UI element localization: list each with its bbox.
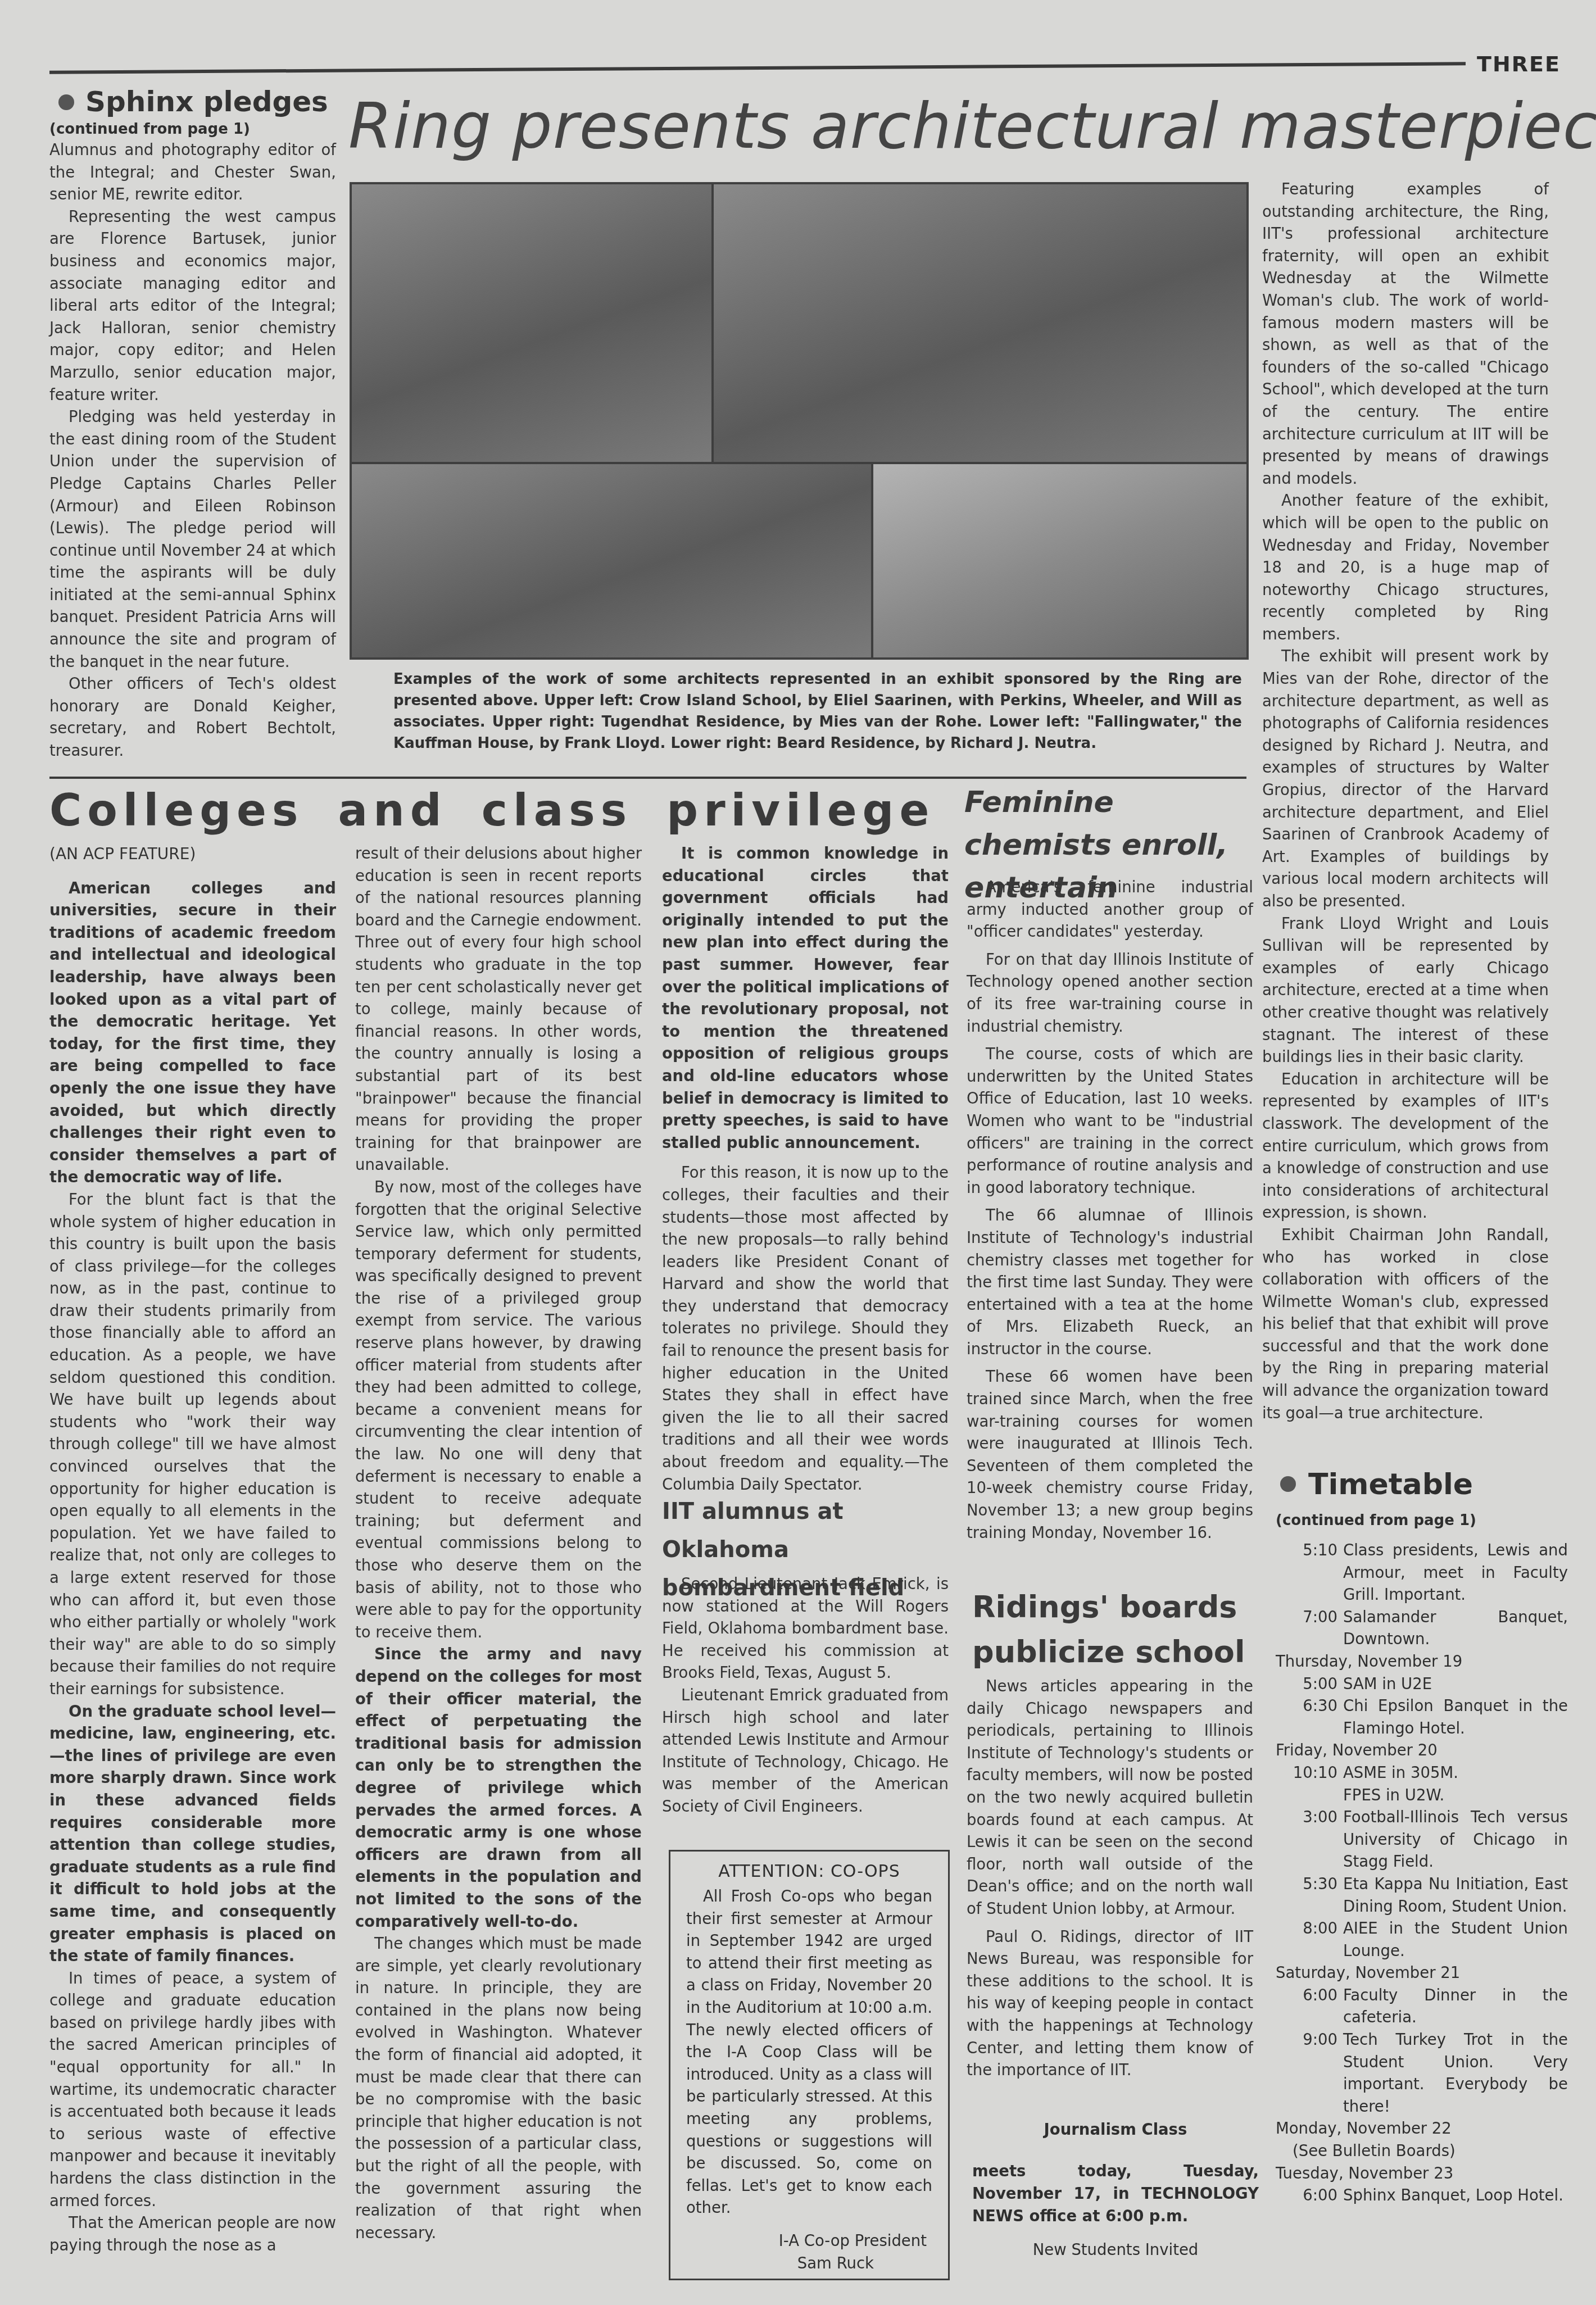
- colleges-column-1: (AN ACP FEATURE) American colleges and u…: [49, 843, 336, 2257]
- timetable-event: 10:10ASME in 305M.: [1276, 1762, 1568, 1785]
- event-description: Sphinx Banquet, Loop Hotel.: [1343, 2185, 1568, 2207]
- alumnus-paragraph: Lieutenant Emrick graduated from Hirsch …: [662, 1685, 949, 1818]
- timetable-day: Thursday, November 19: [1276, 1651, 1568, 1673]
- colleges-paragraph: By now, most of the colleges have forgot…: [355, 1177, 642, 1644]
- timetable-event: 8:00AIEE in the Student Union Lounge.: [1276, 1918, 1568, 1962]
- bullet-icon: [1280, 1476, 1296, 1492]
- timetable-day: Tuesday, November 23: [1276, 2163, 1568, 2185]
- timetable-event: 6:00Faculty Dinner in the cafeteria.: [1276, 1985, 1568, 2029]
- page-folio: THREE: [1477, 52, 1561, 76]
- timetable-event: FPES in U2W.: [1276, 1785, 1568, 1807]
- sphinx-kicker: Sphinx pledges: [49, 84, 336, 119]
- journalism-note: New Students Invited: [972, 2239, 1259, 2261]
- event-description: Chi Epsilon Banquet in the Flamingo Hote…: [1343, 1695, 1568, 1740]
- sphinx-paragraph: Representing the west campus are Florenc…: [49, 206, 336, 406]
- event-time: 10:10: [1276, 1762, 1343, 1785]
- ring-body: Featuring examples of outstanding archit…: [1262, 179, 1549, 1424]
- event-description: SAM in U2E: [1343, 1673, 1568, 1696]
- sphinx-article: Sphinx pledges (continued from page 1) A…: [49, 84, 336, 763]
- timetable-event: 9:00Tech Turkey Trot in the Student Unio…: [1276, 2029, 1568, 2118]
- alumnus-paragraph: Second Lieutenant Jack Emrick, is now st…: [662, 1573, 949, 1685]
- ridings-headline: Ridings' boards publicize school: [972, 1585, 1264, 1675]
- photo-crow-island-school: [351, 183, 713, 463]
- photo-fallingwater: [351, 463, 872, 659]
- coops-signature-title: I-A Co-op President: [686, 2230, 927, 2252]
- event-time: 9:00: [1276, 2029, 1343, 2118]
- timetable-note: (See Bulletin Boards): [1276, 2140, 1568, 2163]
- journalism-notice: Journalism Class meets today, Tuesday, N…: [972, 2118, 1259, 2261]
- timetable-title-text: Timetable: [1308, 1468, 1473, 1501]
- sphinx-continued: (continued from page 1): [49, 119, 336, 139]
- timetable-day: Monday, November 22: [1276, 2118, 1568, 2140]
- top-rule: [49, 62, 1466, 74]
- ring-paragraph: Frank Lloyd Wright and Louis Sullivan wi…: [1262, 913, 1549, 1069]
- colleges-paragraph: The changes which must be made are simpl…: [355, 1933, 642, 2244]
- event-description: AIEE in the Student Union Lounge.: [1343, 1918, 1568, 1962]
- photo-grid: [350, 182, 1249, 660]
- colleges-paragraph: It is common knowledge in educational ci…: [662, 843, 949, 1154]
- timetable-event: 7:00Salamander Banquet, Downtown.: [1276, 1607, 1568, 1651]
- sphinx-body: Alumnus and photography editor of the In…: [49, 139, 336, 763]
- event-description: Eta Kappa Nu Initiation, East Dining Roo…: [1343, 1873, 1568, 1918]
- colleges-paragraph: For this reason, it is now up to the col…: [662, 1162, 949, 1496]
- photo-beard-residence: [872, 463, 1248, 659]
- feminine-paragraph: America's feminine industrial army induc…: [967, 877, 1253, 943]
- timetable-event: 6:30Chi Epsilon Banquet in the Flamingo …: [1276, 1695, 1568, 1740]
- ring-paragraph: Education in architecture will be repres…: [1262, 1069, 1549, 1224]
- journalism-title: Journalism Class: [972, 2118, 1259, 2141]
- timetable-continued: (continued from page 1): [1276, 1510, 1568, 1531]
- colleges-paragraph: On the graduate school level—medicine, l…: [49, 1701, 336, 1968]
- event-description: Football-Illinois Tech versus University…: [1343, 1807, 1568, 1873]
- timetable-list: 5:10Class presidents, Lewis and Armour, …: [1276, 1540, 1568, 2207]
- ring-paragraph: Featuring examples of outstanding archit…: [1262, 179, 1549, 490]
- timetable-event: 6:00Sphinx Banquet, Loop Hotel.: [1276, 2185, 1568, 2207]
- feminine-paragraph: For on that day Illinois Institute of Te…: [967, 949, 1253, 1038]
- feminine-paragraph: These 66 women have been trained since M…: [967, 1366, 1253, 1544]
- journalism-body: meets today, Tuesday, November 17, in TE…: [972, 2160, 1259, 2227]
- colleges-paragraph: That the American people are now paying …: [49, 2212, 336, 2257]
- timetable-event: 5:00SAM in U2E: [1276, 1673, 1568, 1696]
- ring-paragraph: Exhibit Chairman John Randall, who has w…: [1262, 1224, 1549, 1424]
- colleges-paragraph: result of their delusions about higher e…: [355, 843, 642, 1177]
- ring-paragraph: The exhibit will present work by Mies va…: [1262, 646, 1549, 913]
- timetable-event: 5:10Class presidents, Lewis and Armour, …: [1276, 1540, 1568, 1607]
- event-time: 7:00: [1276, 1607, 1343, 1651]
- feminine-body: America's feminine industrial army induc…: [967, 877, 1253, 1544]
- event-time: 5:30: [1276, 1873, 1343, 1918]
- sphinx-paragraph: Pledging was held yesterday in the east …: [49, 406, 336, 673]
- event-description: Class presidents, Lewis and Armour, meet…: [1343, 1540, 1568, 1607]
- event-time: 5:00: [1276, 1673, 1343, 1696]
- timetable-event: 5:30Eta Kappa Nu Initiation, East Dining…: [1276, 1873, 1568, 1918]
- coops-signature: I-A Co-op President Sam Ruck: [686, 2230, 932, 2275]
- photo-tugendhat-residence: [713, 183, 1248, 463]
- event-time: [1276, 1785, 1343, 1807]
- timetable-day: Saturday, November 21: [1276, 1962, 1568, 1985]
- photo-caption: Examples of the work of some architects …: [393, 669, 1242, 754]
- event-time: 6:30: [1276, 1695, 1343, 1740]
- coops-body: All Frosh Co-ops who began their first s…: [686, 1886, 932, 2220]
- section-rule: [49, 777, 1246, 779]
- ring-paragraph: Another feature of the exhibit, which wi…: [1262, 490, 1549, 646]
- feminine-paragraph: The 66 alumnae of Illinois Institute of …: [967, 1205, 1253, 1360]
- timetable-title: Timetable: [1272, 1467, 1568, 1503]
- event-time: 8:00: [1276, 1918, 1343, 1962]
- colleges-column-3: It is common knowledge in educational ci…: [662, 843, 949, 1496]
- event-description: Salamander Banquet, Downtown.: [1343, 1607, 1568, 1651]
- feminine-paragraph: The course, costs of which are underwrit…: [967, 1043, 1253, 1199]
- ring-headline: Ring presents architectural masterpieces: [348, 90, 1461, 163]
- colleges-byline: (AN ACP FEATURE): [49, 843, 336, 865]
- colleges-paragraph: In times of peace, a system of college a…: [49, 1968, 336, 2213]
- ridings-paragraph: Paul O. Ridings, director of IIT News Bu…: [967, 1926, 1253, 2082]
- bullet-icon: [58, 94, 74, 110]
- event-time: 3:00: [1276, 1807, 1343, 1873]
- timetable-day: Friday, November 20: [1276, 1740, 1568, 1762]
- event-time: 5:10: [1276, 1540, 1343, 1607]
- coops-signature-name: Sam Ruck: [686, 2252, 927, 2275]
- sphinx-headline: Sphinx pledges: [85, 85, 328, 118]
- colleges-paragraph: For the blunt fact is that the whole sys…: [49, 1189, 336, 1701]
- sphinx-paragraph: Alumnus and photography editor of the In…: [49, 139, 336, 206]
- colleges-headline: Colleges and class privilege: [49, 786, 935, 836]
- sphinx-paragraph: Other officers of Tech's oldest honorary…: [49, 673, 336, 762]
- event-description: Faculty Dinner in the cafeteria.: [1343, 1985, 1568, 2029]
- event-time: 6:00: [1276, 2185, 1343, 2207]
- ridings-paragraph: News articles appearing in the daily Chi…: [967, 1676, 1253, 1921]
- colleges-column-2: result of their delusions about higher e…: [355, 843, 642, 2244]
- timetable: Timetable (continued from page 1) 5:10Cl…: [1276, 1467, 1568, 2207]
- alumnus-body: Second Lieutenant Jack Emrick, is now st…: [662, 1573, 949, 1818]
- colleges-paragraph: American colleges and universities, secu…: [49, 878, 336, 1189]
- timetable-event: 3:00Football-Illinois Tech versus Univer…: [1276, 1807, 1568, 1873]
- coops-title: ATTENTION: CO-OPS: [686, 1862, 932, 1881]
- coops-notice-box: ATTENTION: CO-OPS All Frosh Co-ops who b…: [669, 1850, 950, 2280]
- event-time: 6:00: [1276, 1985, 1343, 2029]
- ridings-body: News articles appearing in the daily Chi…: [967, 1676, 1253, 2082]
- event-description: ASME in 305M.: [1343, 1762, 1568, 1785]
- colleges-paragraph: Since the army and navy depend on the co…: [355, 1644, 642, 1933]
- event-description: FPES in U2W.: [1343, 1785, 1568, 1807]
- event-description: Tech Turkey Trot in the Student Union. V…: [1343, 2029, 1568, 2118]
